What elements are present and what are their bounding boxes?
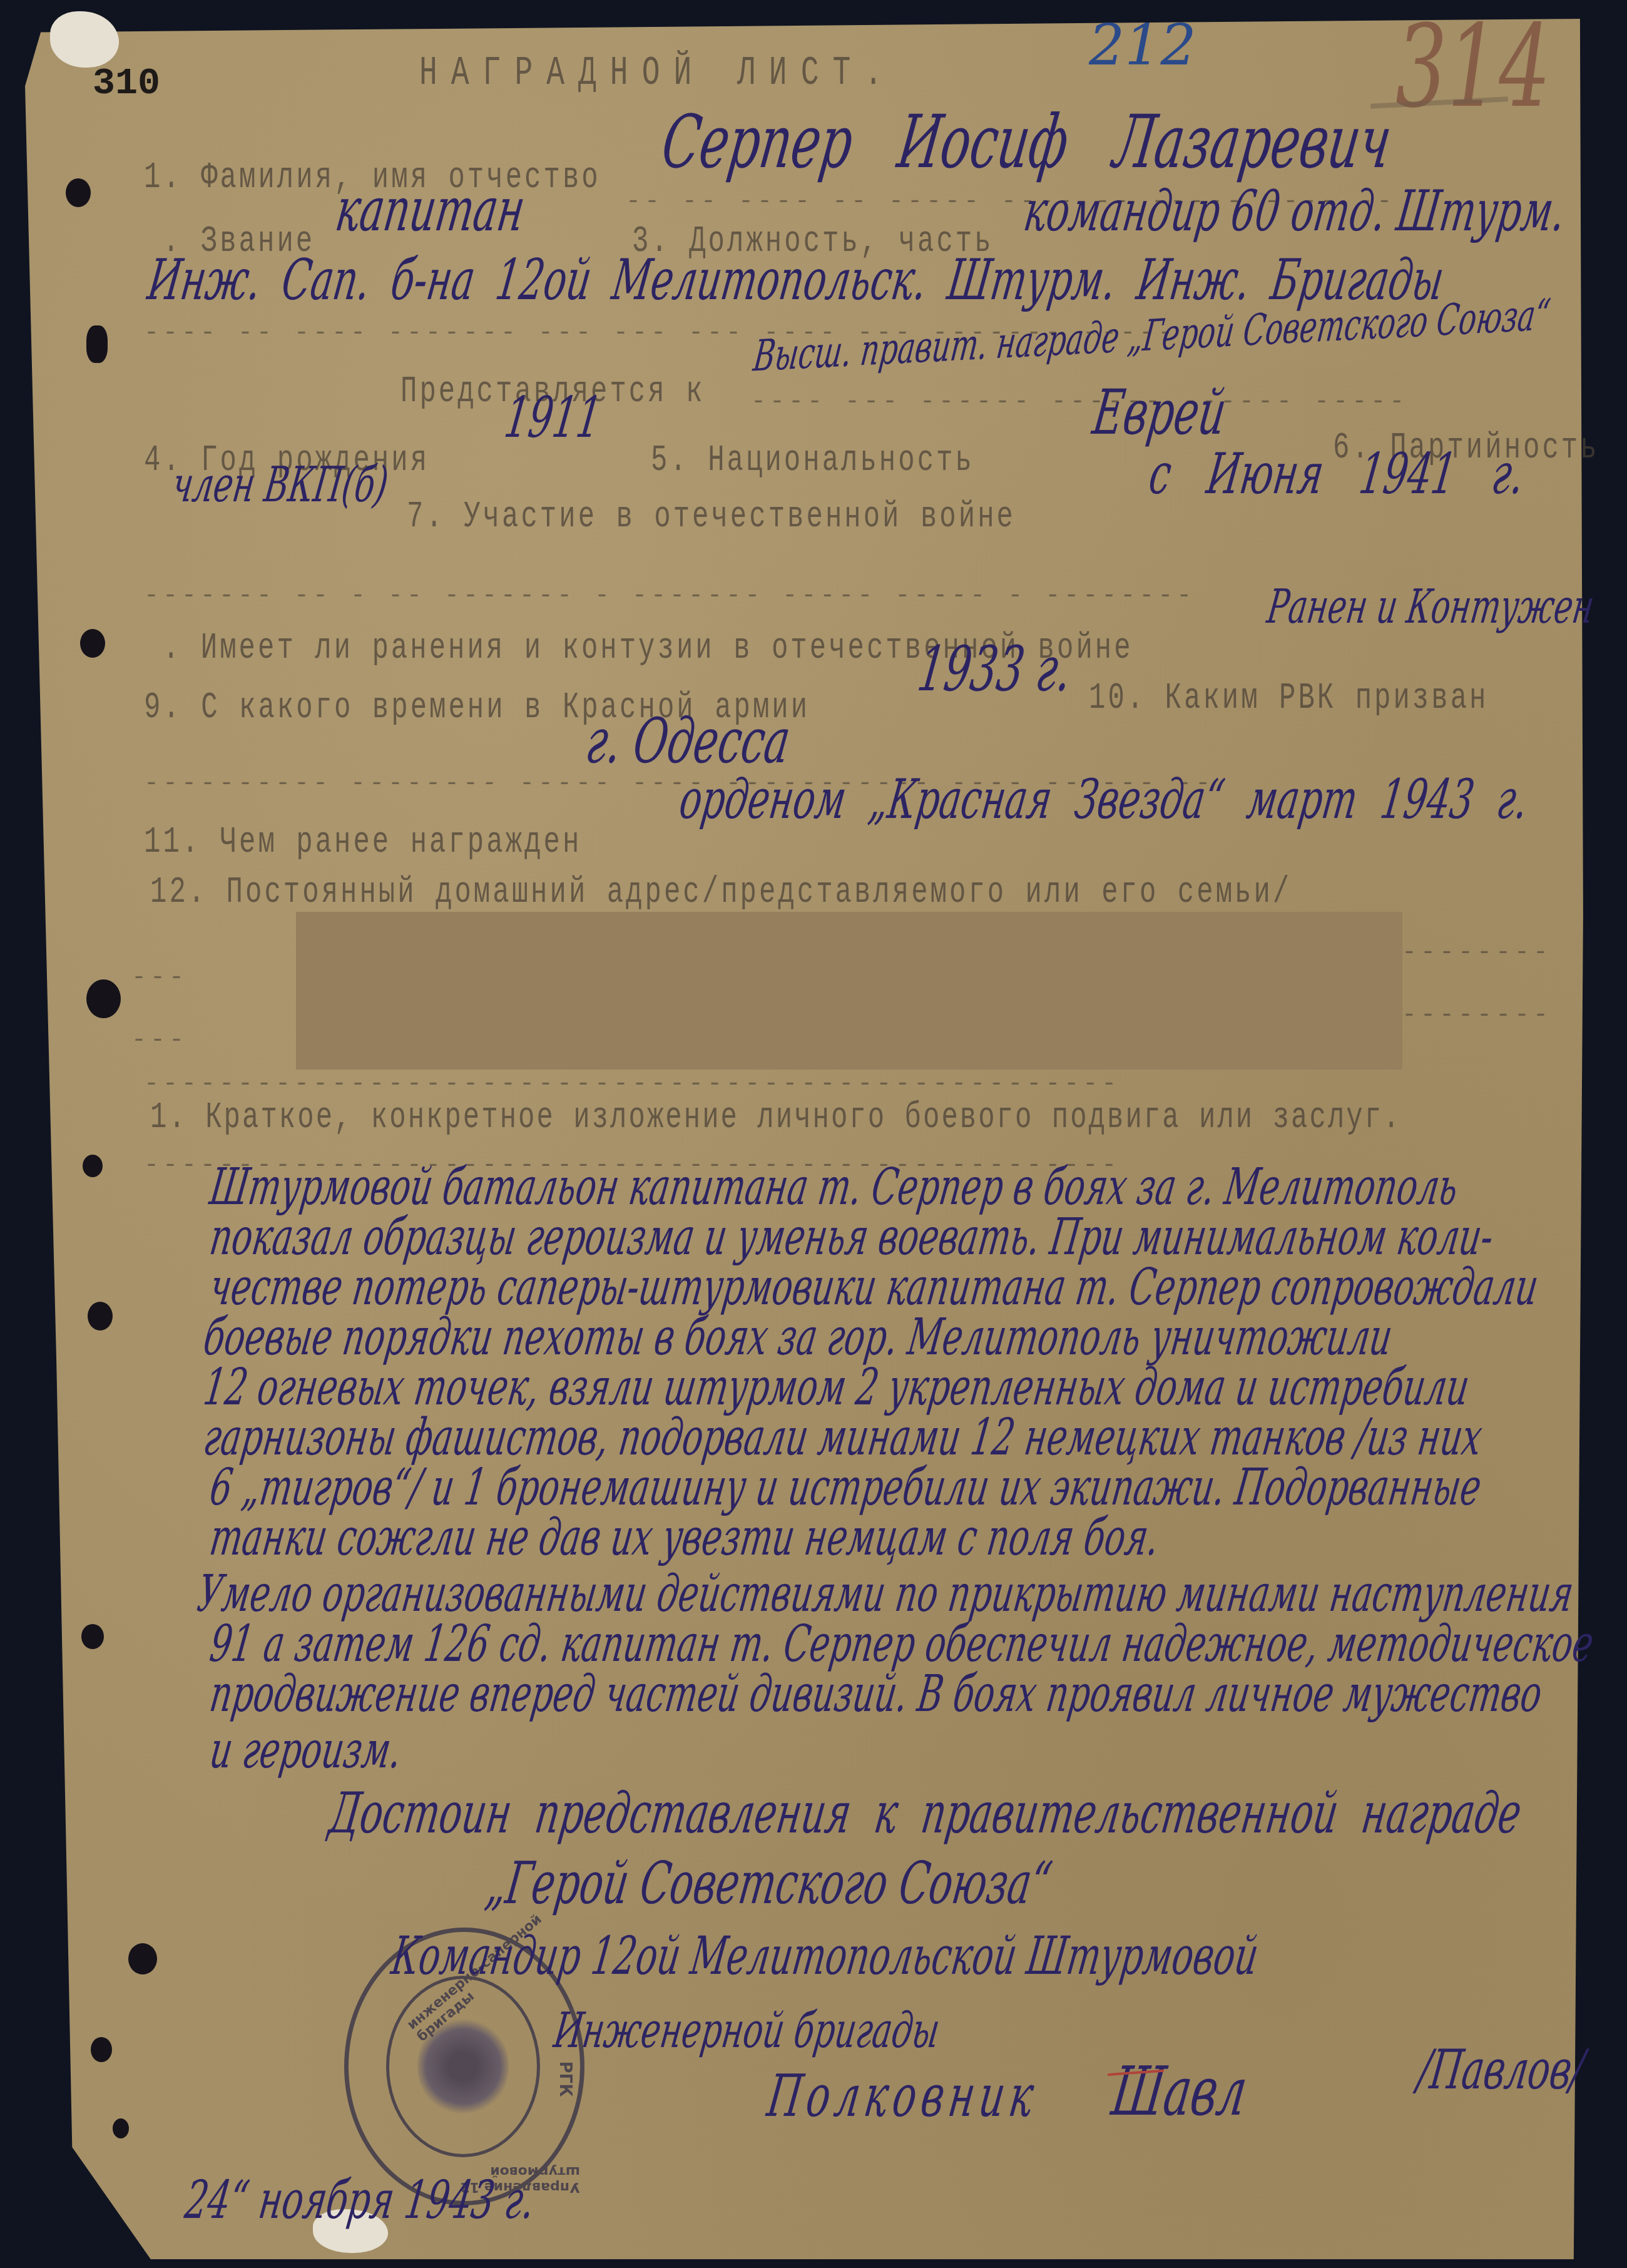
punch-hole [66,178,91,207]
conclusion-line-1: Достоин представления к правительственно… [325,1780,1526,1846]
sheet-number-blue: 212 [1089,13,1196,78]
field-1-value: Серпер Иосиф Лазаревич [657,100,1397,185]
punch-hole [91,2037,112,2062]
punch-hole [128,1943,157,1974]
document-date: 24“ ноября 1943 г. [181,2170,538,2232]
field-3-value-continued: Инж. Сап. б-на 12ой Мелитопольск. Штурм.… [144,247,1448,313]
punch-hole [113,2118,129,2138]
signature-name: /Павлов/ [1414,2038,1588,2102]
signature-rank: Полковник [763,2061,1043,2130]
punch-hole [86,979,121,1018]
signature-unit-line-1: Командир 12ой Мелитопольской Штурмовой [388,1926,1262,1988]
field-3-value: командир 60 отд. Штурм. [1020,178,1569,244]
underline: ----------------------------------------… [144,1070,1120,1098]
field-10-label: 10. Каким РВК призван [1089,678,1489,720]
torn-patch-top-left [50,11,119,68]
narrative-line: продвижение вперед частей дивизий. В боя… [207,1664,1546,1724]
field-11-value: орденом „Красная Звезда“ март 1943 г. [676,767,1532,831]
underline: -------- [1402,939,1552,967]
field-9-value: 1933 г. [914,633,1076,706]
sheet-number-pencil: 314 [1395,0,1551,133]
redacted-address-block [296,912,1402,1070]
punch-hole [81,1624,104,1649]
seal-text-right: РГК [556,2061,574,2097]
signature-unit-line-2: Инженерной бригады [551,2003,943,2059]
narrative-line: и героизм. [207,1720,405,1780]
signature-handwritten: Шавл [1108,2051,1252,2130]
punch-hole [83,1155,103,1177]
underline: ------- -- - -- ------- - ------- ----- … [144,582,1195,610]
underline: --- [131,1026,188,1055]
field-6-value: член ВКП(б) [169,457,392,513]
underline: ---- --- ------ ------ ------ ----- [751,388,1408,416]
narrative-line: танки сожгли не дав их увезти немцам с п… [207,1508,1163,1567]
field-7-value: с Июня 1941 г. [1145,441,1528,507]
field-10-value: г. Одесса [582,705,795,778]
field-5-label: 5. Национальность [651,440,974,483]
field-7-label: 7. Участие в отечественной войне [407,496,1016,539]
field-12-label: 12. Постоянный домашний адрес/представля… [150,872,1292,914]
underline: -------- [1402,1001,1552,1029]
punch-hole [88,1302,113,1331]
field-13-label: 1. Краткое, конкретное изложение личного… [150,1097,1402,1140]
conclusion-line-2: „Герой Советского Союза“ [482,1849,1056,1918]
punch-hole [80,629,105,658]
field-2-value: капитан [332,176,529,245]
punch-hole [86,325,108,363]
field-5-value: Еврей [1089,377,1231,449]
archive-number: 310 [93,63,160,105]
document-title: НАГРАДНОЙ ЛИСТ. [419,51,896,96]
field-8-value: Ранен и Контужен [1264,580,1598,634]
field-4-value: 1911 [501,385,605,451]
underline: --- [131,964,188,992]
field-11-label: 11. Чем ранее награжден [144,822,581,864]
